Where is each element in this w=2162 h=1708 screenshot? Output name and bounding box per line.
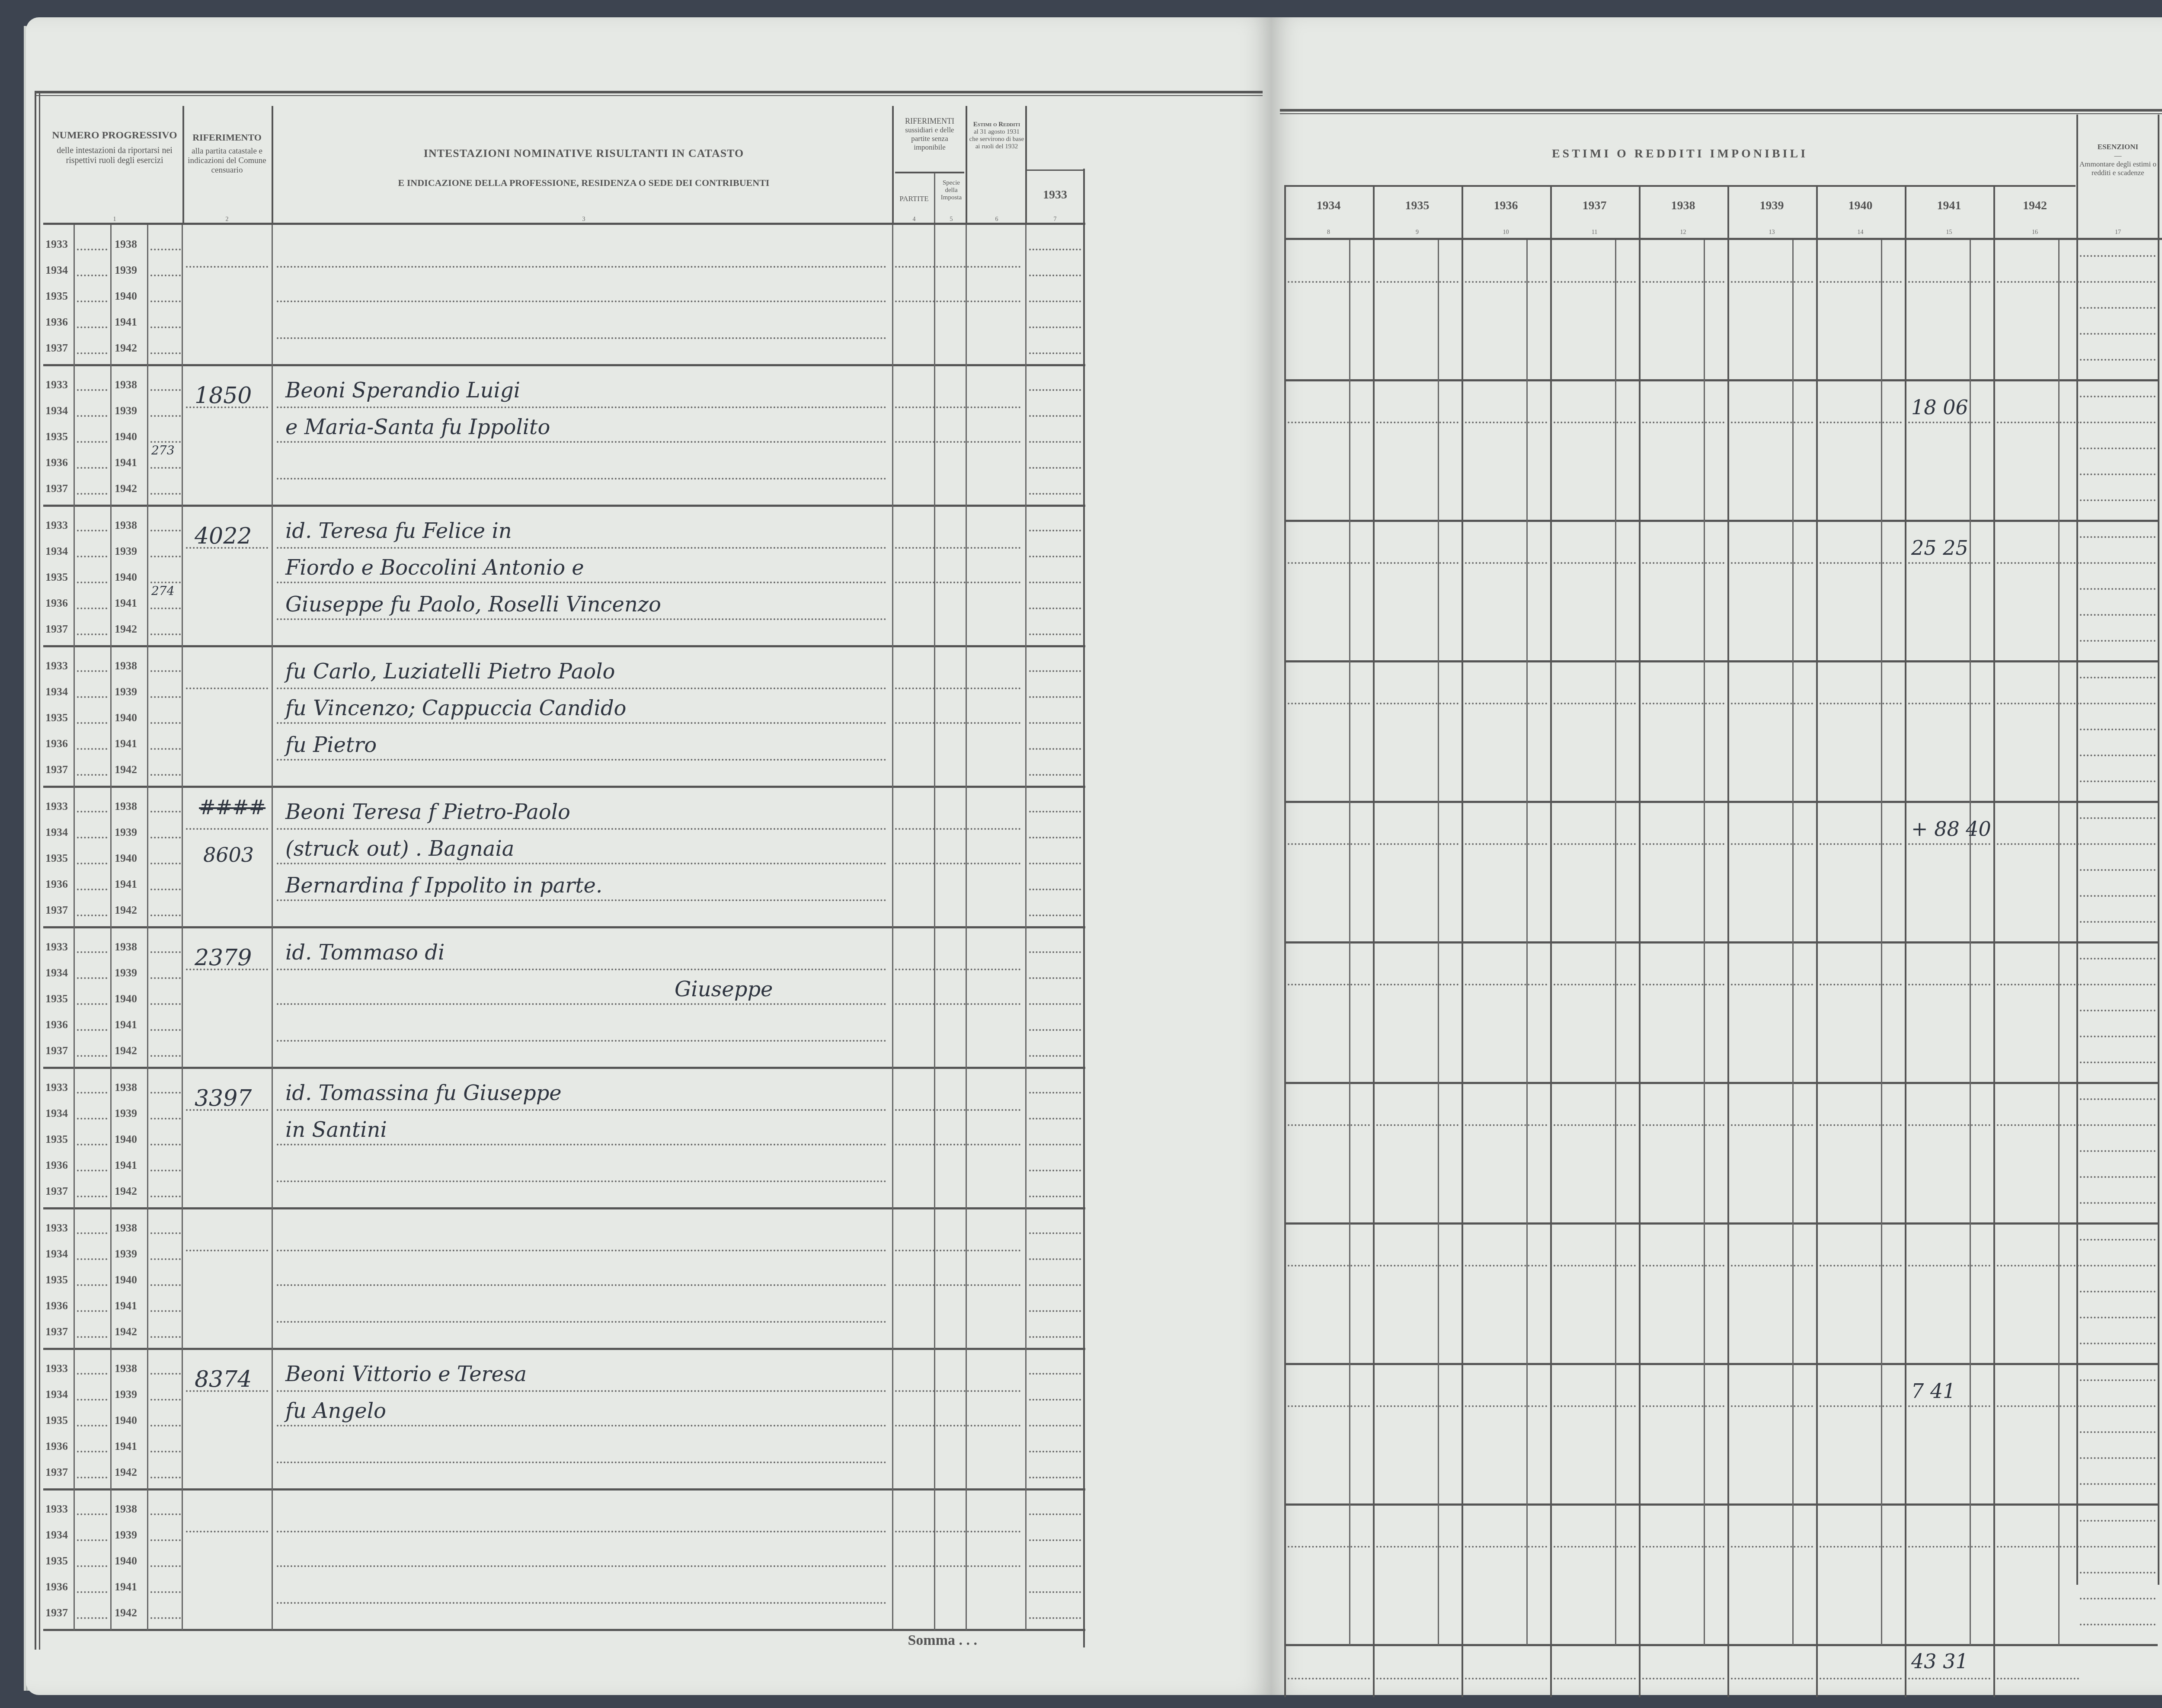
partita-number: 3397 <box>195 1085 252 1111</box>
year-label: 1939 <box>115 685 137 698</box>
owner-line: id. Teresa fu Felice in <box>285 519 512 543</box>
year-label: 1939 <box>115 404 137 417</box>
year-label: 1936 <box>45 1159 68 1172</box>
year-label: 1941 <box>115 1159 137 1172</box>
estimo-1941-value: 7 41 <box>1911 1379 1955 1403</box>
progressive-number: 274 <box>151 584 174 598</box>
header-estimi-imponibili: ESTIMI O REDDITI IMPONIBILI <box>1284 147 2076 161</box>
year-label: 1939 <box>115 1247 137 1260</box>
owner-line: fu Vincenzo; Cappuccia Candido <box>285 696 627 720</box>
year-label: 1941 <box>115 1440 137 1453</box>
owner-line: Beoni Teresa f Pietro-Paolo <box>285 800 570 824</box>
year-label: 1941 <box>115 878 137 891</box>
year-label: 1935 <box>45 992 68 1005</box>
header-riferimenti-sussidiari: RIFERIMENTI sussidiari e delle partite s… <box>895 117 964 152</box>
year-column-header: 1935 <box>1373 199 1462 213</box>
year-label: 1941 <box>115 1580 137 1593</box>
year-label: 1935 <box>45 852 68 865</box>
sum-1941-value: 43 31 <box>1911 1650 1968 1673</box>
year-label: 1934 <box>45 826 68 839</box>
year-label: 1934 <box>45 1247 68 1260</box>
year-label: 1936 <box>45 597 68 610</box>
year-label: 1937 <box>45 1606 68 1619</box>
year-label: 1938 <box>115 1081 137 1094</box>
year-label: 1938 <box>115 378 137 391</box>
header-estimi-1931: Estimi o Redditi al 31 agosto 1931 che s… <box>969 121 1025 150</box>
year-label: 1935 <box>45 1133 68 1146</box>
owner-line: id. Tommaso di <box>285 940 445 965</box>
year-label: 1942 <box>115 1606 137 1619</box>
year-column-header: 1936 <box>1462 199 1550 213</box>
year-column-header: 1942 <box>1993 199 2076 213</box>
year-label: 1939 <box>115 264 137 277</box>
owner-line: fu Pietro <box>285 733 377 757</box>
year-label: 1937 <box>45 1466 68 1479</box>
owner-line: Beoni Vittorio e Teresa <box>285 1362 527 1386</box>
year-label: 1935 <box>45 290 68 303</box>
year-label: 1936 <box>45 1018 68 1031</box>
owner-line: (struck out) . Bagnaia <box>285 837 514 861</box>
year-column-header: 1937 <box>1550 199 1639 213</box>
partita-number: 1850 <box>195 383 252 409</box>
year-label: 1939 <box>115 545 137 558</box>
year-label: 1942 <box>115 1466 137 1479</box>
year-label: 1938 <box>115 519 137 532</box>
year-label: 1942 <box>115 623 137 636</box>
year-label: 1940 <box>115 571 137 584</box>
year-label: 1934 <box>45 1388 68 1401</box>
estimo-1941-value: + 88 40 <box>1911 817 1991 841</box>
year-label: 1933 <box>45 519 68 532</box>
year-label: 1939 <box>115 1388 137 1401</box>
year-label: 1942 <box>115 482 137 495</box>
year-label: 1938 <box>115 800 137 813</box>
right-page: Mod. 111 - Imposte Dirette (Intercalare)… <box>1271 17 2162 1695</box>
year-label: 1942 <box>115 763 137 776</box>
year-label: 1941 <box>115 1299 137 1312</box>
year-label: 1942 <box>115 1185 137 1198</box>
year-label: 1936 <box>45 1580 68 1593</box>
year-label: 1936 <box>45 878 68 891</box>
year-label: 1935 <box>45 1414 68 1427</box>
year-label: 1934 <box>45 264 68 277</box>
year-label: 1933 <box>45 800 68 813</box>
year-label: 1938 <box>115 1362 137 1375</box>
year-label: 1941 <box>115 597 137 610</box>
year-column-header: 1934 <box>1284 199 1373 213</box>
partita-struck: #### <box>199 796 265 819</box>
owner-line: id. Tomassina fu Giuseppe <box>285 1081 562 1105</box>
year-label: 1940 <box>115 992 137 1005</box>
owner-line: Giuseppe <box>675 977 773 1001</box>
year-label: 1938 <box>115 1503 137 1516</box>
year-label: 1937 <box>45 1044 68 1057</box>
year-label: 1939 <box>115 1529 137 1542</box>
year-label: 1941 <box>115 737 137 750</box>
estimo-1941-value: 25 25 <box>1911 536 1968 560</box>
year-label: 1940 <box>115 1273 137 1286</box>
year-label: 1933 <box>45 1222 68 1235</box>
year-label: 1933 <box>45 238 68 251</box>
year-label: 1940 <box>115 711 137 724</box>
year-label: 1940 <box>115 290 137 303</box>
year-label: 1936 <box>45 737 68 750</box>
year-label: 1934 <box>45 966 68 979</box>
year-label: 1940 <box>115 852 137 865</box>
year-column-header: 1938 <box>1639 199 1727 213</box>
year-label: 1938 <box>115 940 137 953</box>
year-label: 1938 <box>115 659 137 672</box>
year-label: 1942 <box>115 904 137 917</box>
year-column-header: 1941 <box>1905 199 1993 213</box>
year-label: 1939 <box>115 1107 137 1120</box>
partita-number: 8603 <box>203 843 254 867</box>
owner-line: Bernardina f Ippolito in parte. <box>285 873 602 898</box>
year-label: 1933 <box>45 1081 68 1094</box>
year-column-header: 1939 <box>1727 199 1816 213</box>
year-label: 1939 <box>115 966 137 979</box>
progressive-number: 273 <box>151 443 174 457</box>
year-label: 1935 <box>45 711 68 724</box>
header-1933: 1933 <box>1027 188 1083 202</box>
year-label: 1935 <box>45 1273 68 1286</box>
year-label: 1934 <box>45 685 68 698</box>
year-label: 1942 <box>115 1325 137 1338</box>
year-label: 1934 <box>45 1529 68 1542</box>
year-label: 1937 <box>45 1325 68 1338</box>
year-label: 1937 <box>45 904 68 917</box>
year-label: 1933 <box>45 1362 68 1375</box>
year-label: 1936 <box>45 1299 68 1312</box>
header-intestazioni: INTESTAZIONI NOMINATIVE RISULTANTI IN CA… <box>277 147 891 189</box>
owner-line: in Santini <box>285 1118 387 1142</box>
year-label: 1934 <box>45 545 68 558</box>
sum-label: Somma . . . <box>804 1632 977 1649</box>
header-specie-imposta: Specie della Imposta <box>936 179 966 202</box>
year-label: 1936 <box>45 456 68 469</box>
year-label: 1934 <box>45 1107 68 1120</box>
owner-line: fu Angelo <box>285 1399 386 1423</box>
year-label: 1936 <box>45 316 68 329</box>
year-label: 1936 <box>45 1440 68 1453</box>
header-riferimento: RIFERIMENTO alla partita catastale e ind… <box>186 132 268 175</box>
year-label: 1933 <box>45 940 68 953</box>
year-label: 1935 <box>45 571 68 584</box>
year-label: 1934 <box>45 404 68 417</box>
year-label: 1940 <box>115 1554 137 1567</box>
year-label: 1941 <box>115 456 137 469</box>
year-label: 1941 <box>115 316 137 329</box>
owner-line: e Maria-Santa fu Ippolito <box>285 415 550 439</box>
year-label: 1942 <box>115 1044 137 1057</box>
year-label: 1937 <box>45 482 68 495</box>
year-label: 1937 <box>45 342 68 355</box>
year-label: 1939 <box>115 826 137 839</box>
owner-line: Fiordo e Boccolini Antonio e <box>285 556 584 580</box>
year-label: 1940 <box>115 430 137 443</box>
year-label: 1933 <box>45 378 68 391</box>
year-label: 1935 <box>45 430 68 443</box>
year-label: 1937 <box>45 763 68 776</box>
year-label: 1933 <box>45 1503 68 1516</box>
model-label: Mod. 111 - Imposte Dirette (Intercalare)… <box>2093 91 2162 99</box>
estimo-1941-value: 18 06 <box>1911 396 1968 419</box>
year-label: 1940 <box>115 1133 137 1146</box>
year-label: 1941 <box>115 1018 137 1031</box>
owner-line: Beoni Sperandio Luigi <box>285 378 520 403</box>
partita-number: 8374 <box>195 1366 252 1392</box>
year-label: 1942 <box>115 342 137 355</box>
year-label: 1940 <box>115 1414 137 1427</box>
year-label: 1938 <box>115 1222 137 1235</box>
header-partite: PARTITE <box>894 195 934 203</box>
year-label: 1937 <box>45 1185 68 1198</box>
header-numero-progressivo: NUMERO PROGRESSIVO delle intestazioni da… <box>43 130 186 166</box>
owner-line: fu Carlo, Luziatelli Pietro Paolo <box>285 659 615 684</box>
header-esenzioni: ESENZIONI — Ammontare degli estimi o red… <box>2079 143 2157 177</box>
year-label: 1933 <box>45 659 68 672</box>
left-page: NUMERO PROGRESSIVO delle intestazioni da… <box>26 17 1271 1695</box>
year-label: 1937 <box>45 623 68 636</box>
partita-number: 4022 <box>195 523 252 549</box>
year-column-header: 1940 <box>1816 199 1905 213</box>
header-annotazioni: ANNOTAZIONI <box>2160 173 2162 186</box>
owner-line: Giuseppe fu Paolo, Roselli Vincenzo <box>285 592 661 617</box>
year-label: 1938 <box>115 238 137 251</box>
year-label: 1935 <box>45 1554 68 1567</box>
partita-number: 2379 <box>195 945 252 971</box>
